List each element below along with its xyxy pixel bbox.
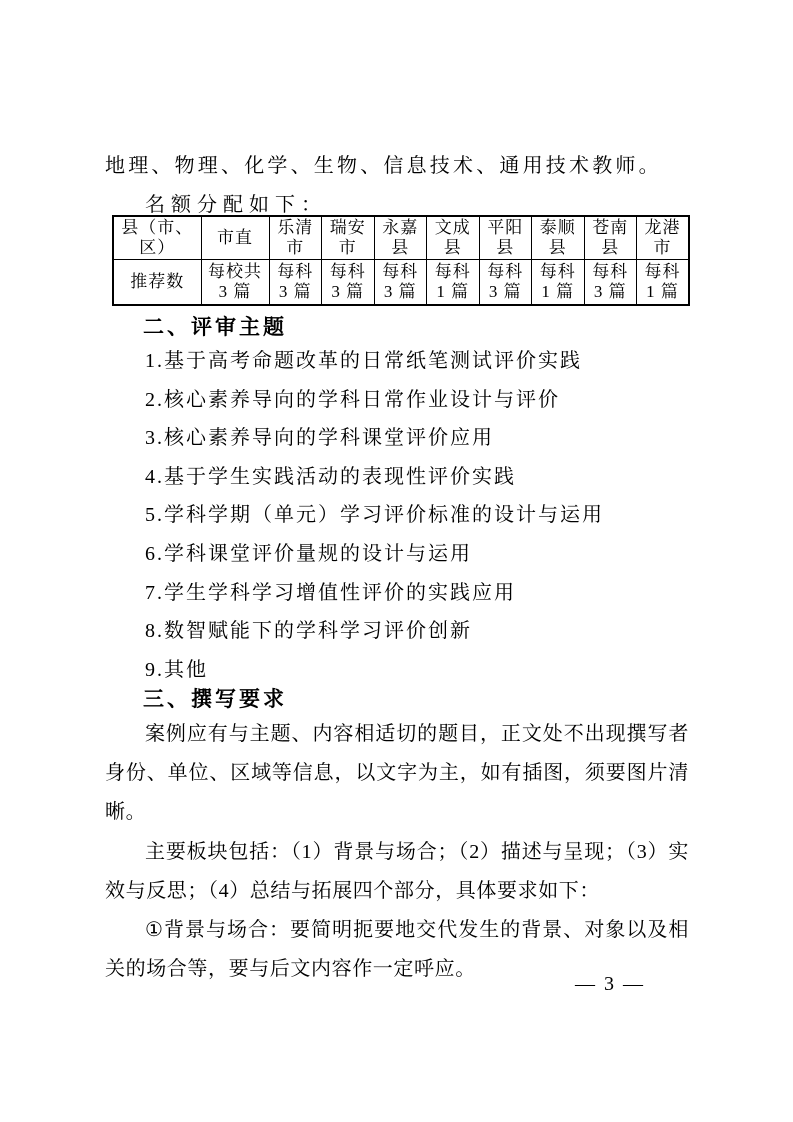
table-cell: 每科 3 篇 xyxy=(322,260,375,305)
table-header-cell: 永嘉 县 xyxy=(374,216,427,260)
table-cell: 每科 3 篇 xyxy=(269,260,322,305)
table-header-cell: 市直 xyxy=(201,216,269,260)
table-header-cell: 泰顺 县 xyxy=(532,216,585,260)
table-header-row: 县（市、 区） 市直 乐清 市 瑞安 市 永嘉 县 文成 县 平阳 县 泰顺 县… xyxy=(113,216,689,260)
topic-list-item: 6.学科课堂评价量规的设计与运用 xyxy=(145,535,705,574)
table-cell: 每科 1 篇 xyxy=(637,260,690,305)
table-cell: 每校共 3 篇 xyxy=(201,260,269,305)
table-header-cell: 平阳 县 xyxy=(479,216,532,260)
topic-list-item: 1.基于高考命题改革的日常纸笔测试评价实践 xyxy=(145,342,705,381)
topic-list-item: 7.学生学科学习增值性评价的实践应用 xyxy=(145,574,705,613)
body-paragraph: 主要板块包括：（1）背景与场合；（2）描述与呈现；（3）实效与反思；（4）总结与… xyxy=(105,833,689,911)
table-header-cell: 县（市、 区） xyxy=(113,216,201,260)
topic-list-item: 2.核心素养导向的学科日常作业设计与评价 xyxy=(145,381,705,420)
table-header-cell: 苍南 县 xyxy=(584,216,637,260)
table-row-label: 推荐数 xyxy=(113,260,201,305)
topic-list-item: 4.基于学生实践活动的表现性评价实践 xyxy=(145,458,705,497)
body-paragraph: 案例应有与主题、内容相适切的题目，正文处不出现撰写者身份、单位、区域等信息，以文… xyxy=(105,715,689,833)
table-cell: 每科 1 篇 xyxy=(532,260,585,305)
table-header-cell: 乐清 市 xyxy=(269,216,322,260)
section-heading-review-topics: 二、评审主题 xyxy=(143,311,287,341)
review-topic-list: 1.基于高考命题改革的日常纸笔测试评价实践 2.核心素养导向的学科日常作业设计与… xyxy=(145,342,705,689)
topic-list-item: 8.数智赋能下的学科学习评价创新 xyxy=(145,612,705,651)
table-header-cell: 瑞安 市 xyxy=(322,216,375,260)
table-header-cell: 龙港 市 xyxy=(637,216,690,260)
table-data-row: 推荐数 每校共 3 篇 每科 3 篇 每科 3 篇 每科 3 篇 每科 1 篇 … xyxy=(113,260,689,305)
table-cell: 每科 3 篇 xyxy=(479,260,532,305)
page-number: — 3 — xyxy=(575,973,645,996)
table-cell: 每科 3 篇 xyxy=(584,260,637,305)
intro-text: 地理、物理、化学、生物、信息技术、通用技术教师。 xyxy=(105,149,662,178)
writing-requirements-body: 案例应有与主题、内容相适切的题目，正文处不出现撰写者身份、单位、区域等信息，以文… xyxy=(105,715,689,989)
section-heading-writing-requirements: 三、撰写要求 xyxy=(143,683,287,713)
quota-table: 县（市、 区） 市直 乐清 市 瑞安 市 永嘉 县 文成 县 平阳 县 泰顺 县… xyxy=(112,215,690,306)
table-cell: 每科 3 篇 xyxy=(374,260,427,305)
document-page: 地理、物理、化学、生物、信息技术、通用技术教师。 名额分配如下： 县（市、 区）… xyxy=(0,0,793,1122)
table-header-cell: 文成 县 xyxy=(427,216,480,260)
quota-allocation-label: 名额分配如下： xyxy=(145,188,327,217)
table-cell: 每科 1 篇 xyxy=(427,260,480,305)
topic-list-item: 5.学科学期（单元）学习评价标准的设计与运用 xyxy=(145,496,705,535)
topic-list-item: 3.核心素养导向的学科课堂评价应用 xyxy=(145,419,705,458)
